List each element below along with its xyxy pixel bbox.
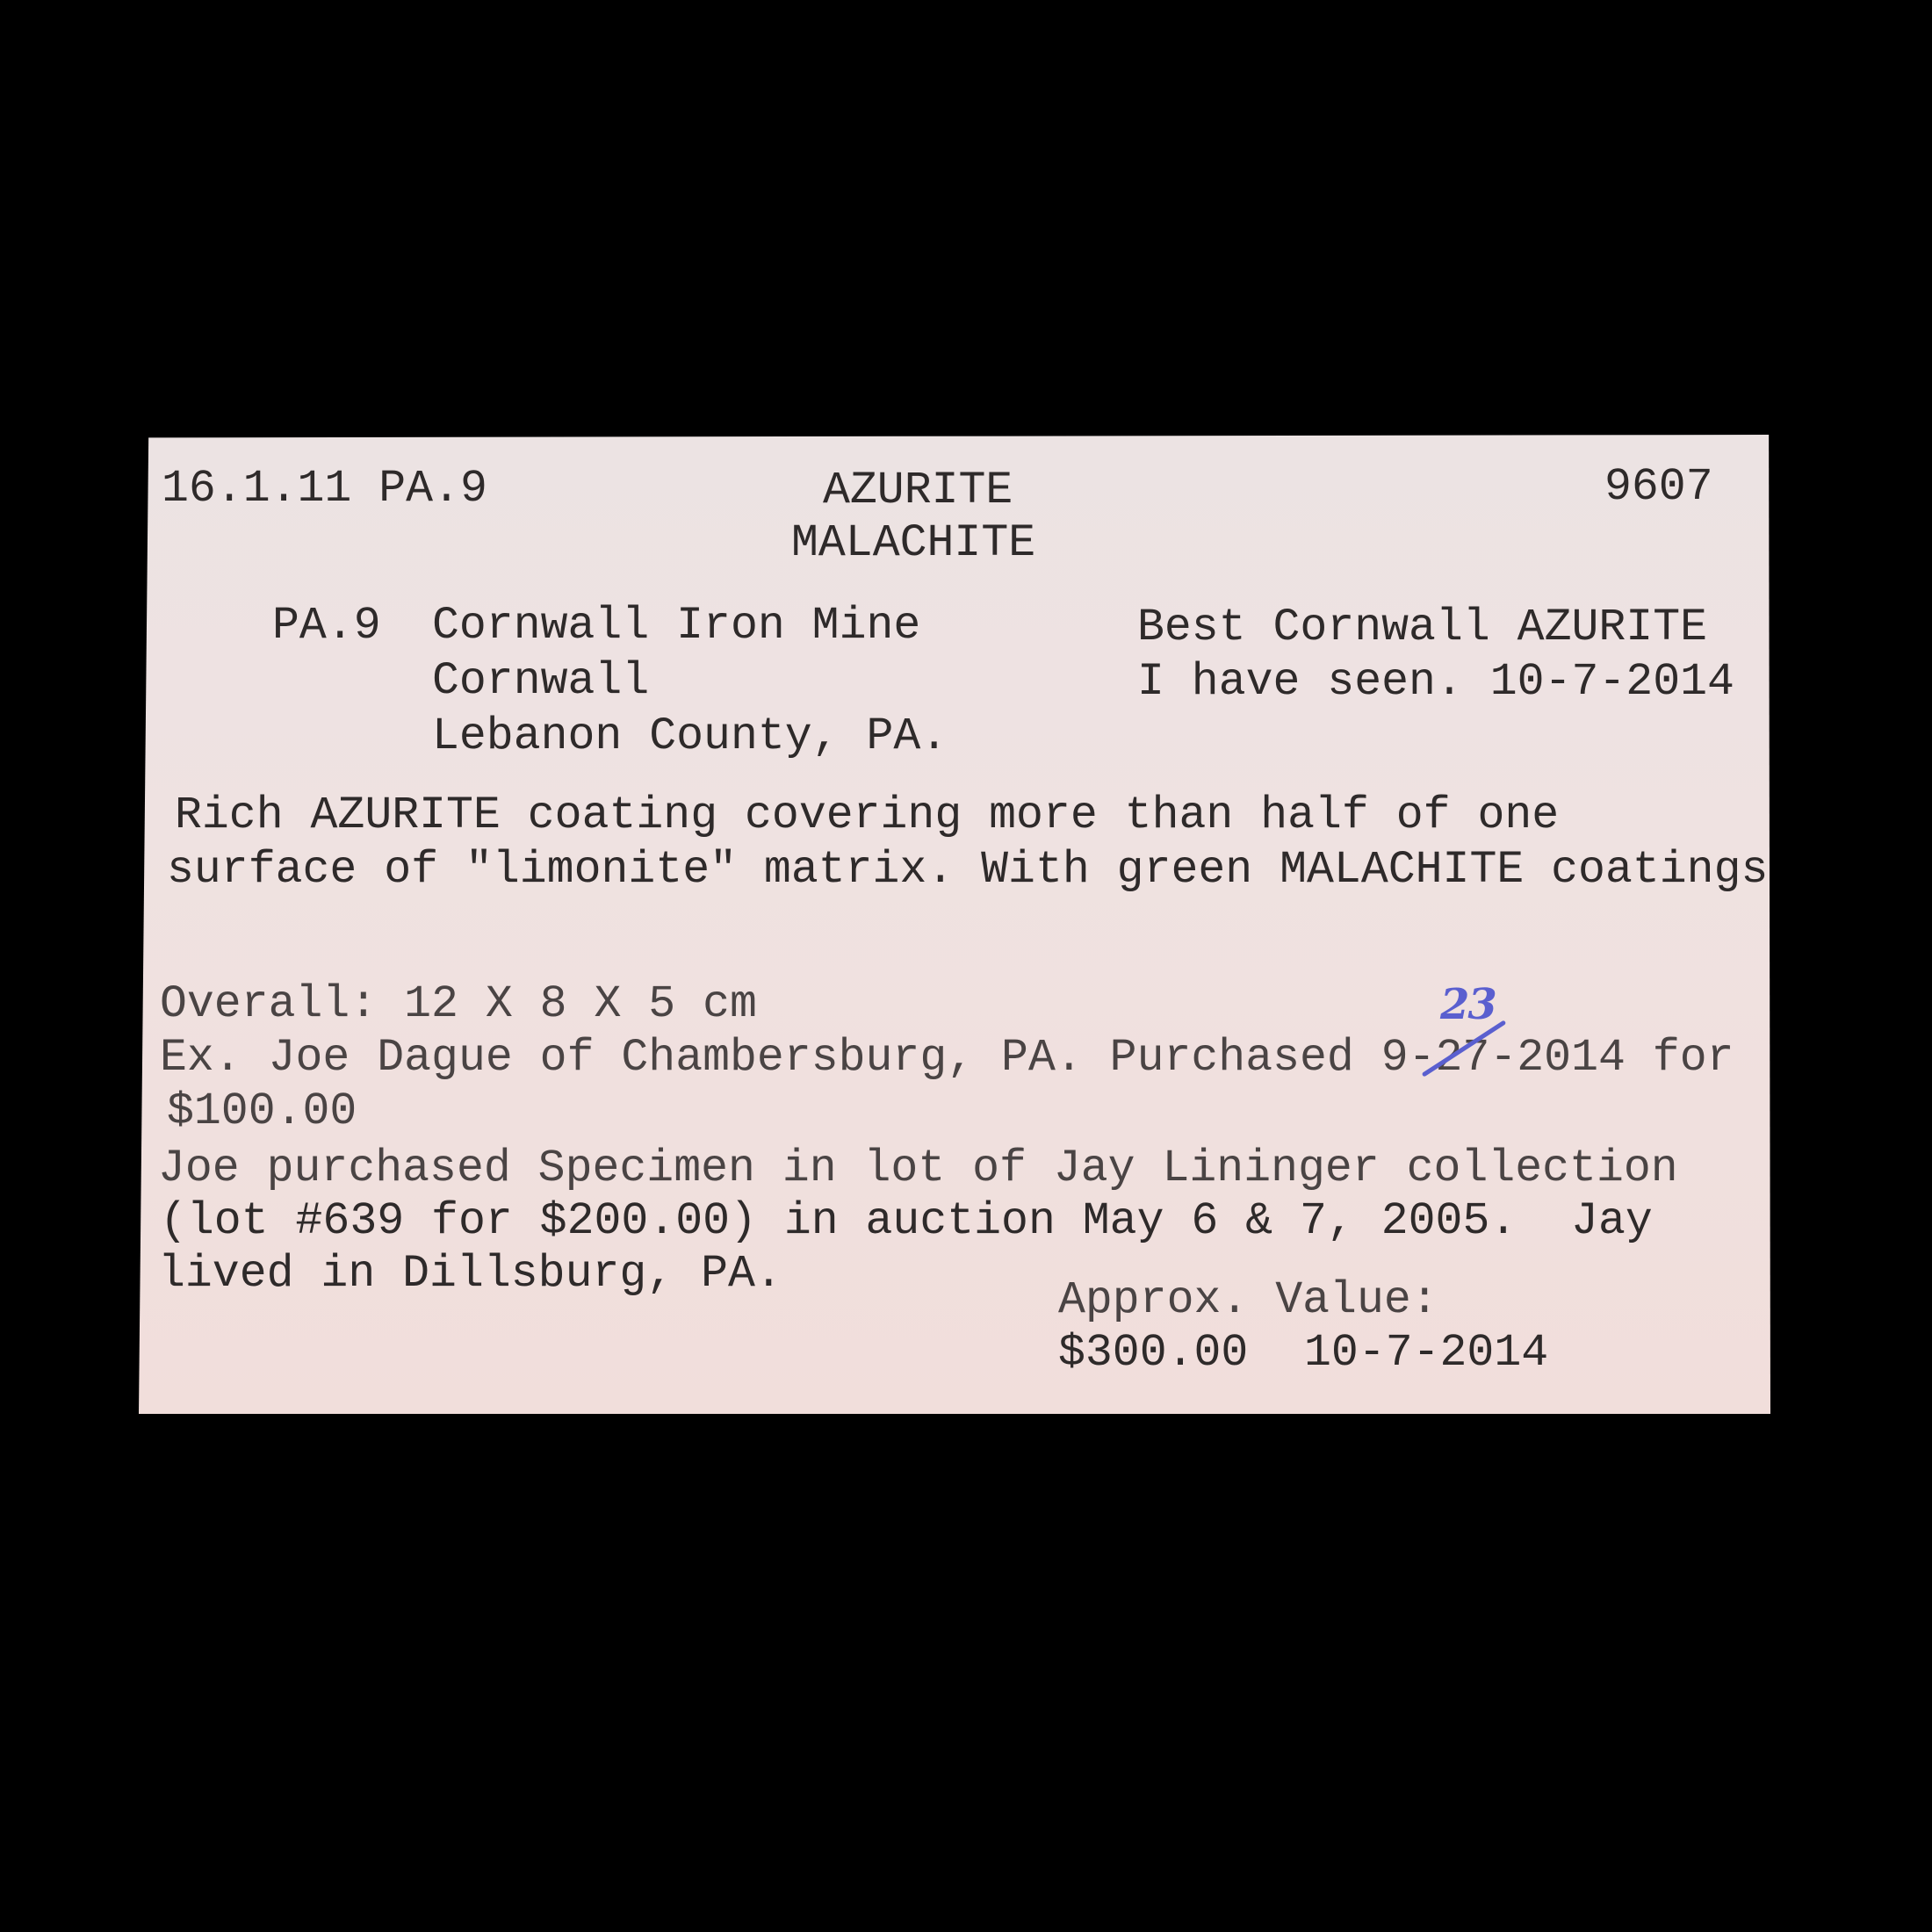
provenance-line: Ex. Joe Dague of Chambersburg, PA. Purch… [160, 1036, 1734, 1082]
handwritten-corrected-day: 23 [1440, 984, 1496, 1026]
history-line3: lived in Dillsburg, PA. [158, 1252, 782, 1298]
history-line2: (lot #639 for $200.00) in auction May 6 … [160, 1200, 1653, 1245]
locality-county: Lebanon County, PA. [432, 715, 948, 761]
provenance-suffix: -2014 for [1489, 1033, 1734, 1084]
specimen-number: 9607 [1604, 465, 1713, 511]
quality-note-line2: I have seen. 10-7-2014 [1137, 660, 1734, 706]
valuation-amount: $300.00 [1058, 1331, 1248, 1377]
locality-town: Cornwall [432, 660, 649, 705]
catalog-code: 16.1.11 PA.9 [162, 467, 487, 513]
locality-code: PA.9 [272, 604, 381, 650]
valuation-date: 10-7-2014 [1304, 1331, 1548, 1377]
description-line1: Rich AZURITE coating covering more than … [175, 794, 1559, 840]
valuation-label: Approx. Value: [1058, 1279, 1438, 1324]
locality-mine: Cornwall Iron Mine [432, 604, 920, 650]
description-line2: surface of "limonite" matrix. With green… [167, 848, 1768, 894]
dimensions: Overall: 12 X 8 X 5 cm [160, 983, 757, 1028]
quality-note-line1: Best Cornwall AZURITE [1137, 606, 1707, 652]
purchase-price: $100.00 [167, 1090, 357, 1135]
mineral-name-primary: AZURITE [823, 469, 1013, 515]
mineral-name-secondary: MALACHITE [791, 522, 1035, 567]
provenance-prefix: Ex. Joe Dague of Chambersburg, PA. Purch… [160, 1033, 1436, 1084]
history-line1: Joe purchased Specimen in lot of Jay Lin… [158, 1147, 1678, 1193]
